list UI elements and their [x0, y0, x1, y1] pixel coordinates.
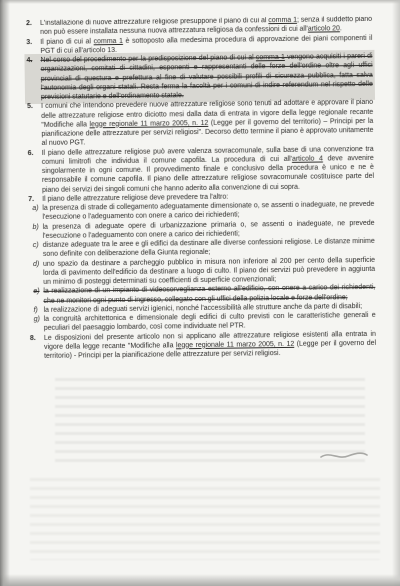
underlined-reference: articolo 4: [292, 155, 323, 162]
paragraph-marker: e): [33, 287, 39, 296]
paragraph-marker: c): [33, 241, 39, 250]
legal-text: 2.L'installazione di nuove attrezzature …: [26, 15, 376, 361]
underlined-reference: legge regionale 11 marzo 2005, n. 12: [176, 341, 294, 349]
text-segment: Il piano di cui al: [40, 38, 93, 46]
underlined-reference: comma 1: [94, 37, 123, 44]
text-segment: .: [340, 26, 342, 33]
paragraph-marker: 2.: [26, 19, 32, 28]
paragraph-marker: g): [34, 315, 40, 324]
paragraph-marker: 8.: [30, 334, 36, 343]
paragraph: 4.Nel corso del procedimento per la pred…: [26, 52, 373, 102]
underlined-reference: articolo 20: [308, 26, 340, 33]
text-segment: Nel corso del procedimento per la predis…: [40, 54, 255, 64]
scan-edge-left: [0, 0, 10, 586]
scanned-page: 2.L'installazione di nuove attrezzature …: [0, 0, 400, 586]
scan-edge-right: [392, 0, 400, 586]
paragraph-marker: b): [32, 222, 38, 231]
underlined-reference: legge regionale 11 marzo 2005, n. 12: [90, 120, 209, 128]
scan-edge-top: [0, 0, 400, 4]
text-segment: uno spazio da destinare a parcheggio pub…: [43, 256, 375, 286]
scan-edge-bottom: [0, 574, 400, 586]
paragraph-marker: 5.: [27, 102, 33, 111]
page-bleed-through: [30, 478, 380, 560]
paragraph-marker: 7.: [28, 195, 34, 204]
text-segment: L'installazione di nuove attrezzature re…: [40, 17, 268, 27]
paragraph-marker: 3.: [26, 38, 32, 47]
underlined-reference: articolo 13: [83, 47, 115, 54]
paragraph-marker: 4.: [26, 56, 32, 65]
paragraph-marker: f): [34, 306, 38, 315]
paragraph: 6.Il piano delle attrezzature religiose …: [28, 144, 375, 194]
underlined-reference: comma 1: [256, 54, 285, 61]
paragraph: 5.I comuni che intendono prevedere nuove…: [27, 98, 374, 148]
underlined-reference: comma 1: [268, 17, 297, 24]
paragraph-marker: d): [33, 259, 39, 268]
text-segment: .: [115, 47, 117, 54]
pen-scribble: [318, 444, 370, 464]
paragraph-marker: 6.: [28, 149, 34, 158]
paragraph-marker: a): [32, 204, 38, 213]
list-item: d)uno spazio da destinare a parcheggio p…: [29, 255, 375, 287]
paragraph: 8.Le disposizioni del presente articolo …: [30, 329, 376, 361]
